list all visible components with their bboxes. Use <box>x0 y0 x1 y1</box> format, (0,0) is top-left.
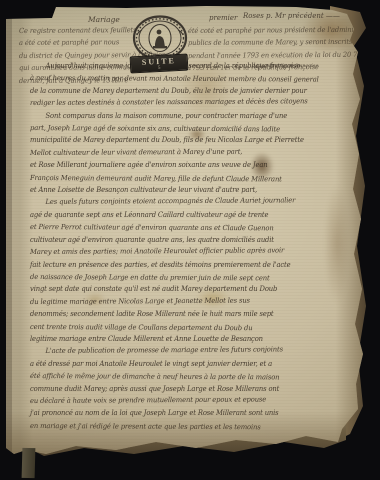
manuscript-line: et Rose Millerant journaliere agée d'env… <box>30 159 344 171</box>
manuscript-line: denommés; secondement ladite Rose Miller… <box>30 308 344 320</box>
manuscript-line: eu déclaré à haute voix se prendre mutue… <box>30 393 344 407</box>
header-annotation-right: Roses p. Mr précédent —— <box>243 12 340 20</box>
manuscript-line: Sont comparus dans la maison commune, po… <box>30 110 344 122</box>
manuscript-line: Les quels futurs conjoints etoient accom… <box>30 194 344 208</box>
manuscript-line: en mariage et j'ai rédigé le present act… <box>30 420 344 434</box>
manuscript-line: L'acte de publication de promesse de mar… <box>30 343 344 357</box>
certification-line: a été coté et paraphé par nous <box>19 37 132 50</box>
manuscript-page: Mariage premier Roses p. Mr précédent ——… <box>6 4 368 456</box>
manuscript-line: a été dressé par moi Anatoile Heuroulet … <box>30 358 344 370</box>
manuscript-line: agé de quarante sept ans et Léonnard Cai… <box>30 209 344 221</box>
header-annotation-premier: premier <box>209 14 237 22</box>
manuscript-line: fait lecture en présence des parties, et… <box>30 259 344 271</box>
manuscript-line: Marey et amis des parties; moi Anatoile … <box>30 244 344 258</box>
stamp-group: SUITE 5 <box>128 15 192 75</box>
manuscript-line: rediger les actes destinés à constater l… <box>30 95 344 109</box>
binding-tab <box>22 448 36 478</box>
body-text: Aujourd'huit cinquieme jour de fevrier l… <box>30 60 354 432</box>
manuscript-line: Mellot cultivateur de leur vivant demeur… <box>30 145 344 159</box>
header-annotation-mariage: Mariage <box>88 15 120 24</box>
document-scan: Mariage premier Roses p. Mr précédent ——… <box>0 0 380 480</box>
certification-line: publics de la commune de Marey, y seront… <box>188 36 334 49</box>
manuscript-line: j'ai prononcé au nom de la loi que Josep… <box>30 407 344 419</box>
suite-box-stamp: SUITE 5 <box>130 53 189 73</box>
manuscript-line: du legitime mariage entre Nicolas Large … <box>30 294 344 308</box>
